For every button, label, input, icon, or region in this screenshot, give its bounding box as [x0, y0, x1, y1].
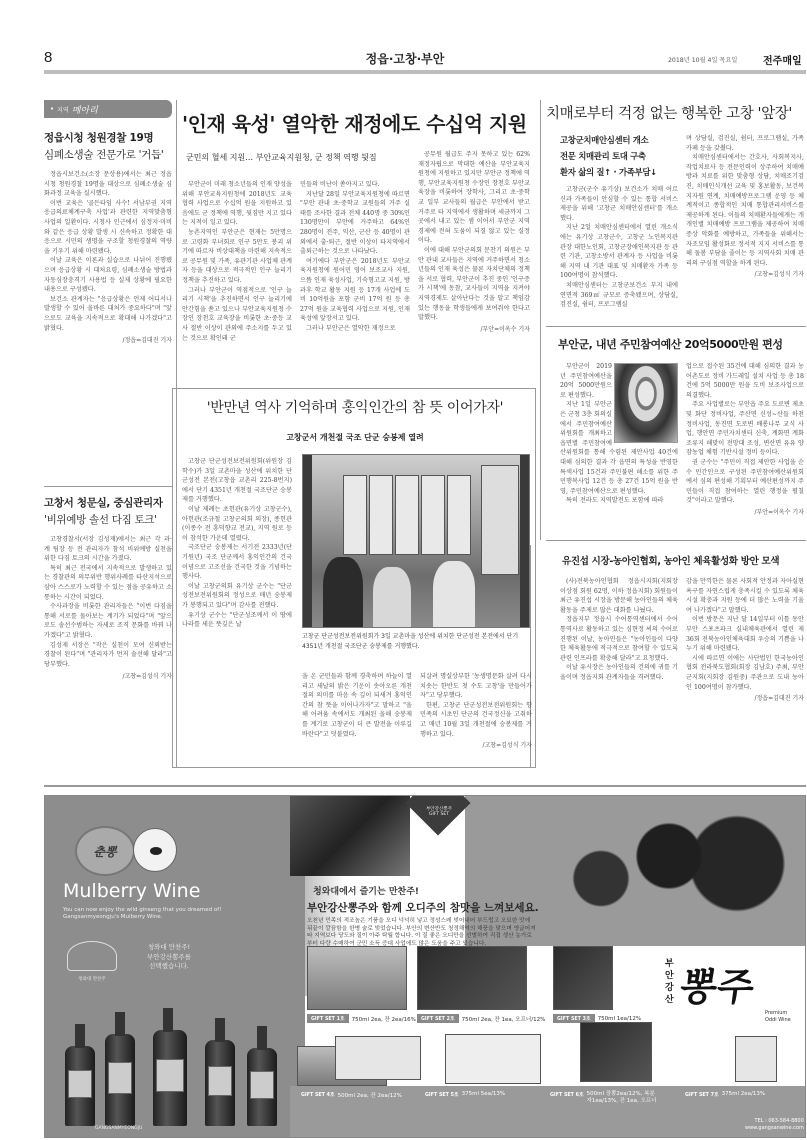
article-divider: [546, 540, 806, 541]
ad-tagline: You can now enjoy the wild ginseng that …: [63, 907, 221, 913]
gift-spec: 750ml 2ea, 잔 1ea, 오프너/12%: [462, 1015, 546, 1023]
bottle-group: [55, 996, 295, 1126]
gift-set-spec: GIFT SET 5호 375ml 5ea/13%: [425, 1091, 505, 1098]
gift-tag: GIFT SET 5호: [425, 1091, 459, 1098]
bottle: [247, 1048, 277, 1126]
gift-tag: GIFT SET 2호: [417, 1014, 459, 1023]
paragraph: (사)전북농아인협회 정읍시지회(지회장 이상점 회원 62명, 이하 정읍지회…: [560, 577, 678, 615]
photo-panel: [421, 475, 445, 555]
portrait-scroll: [481, 465, 519, 575]
column-tag-title: 메아리: [72, 103, 98, 116]
paragraph: 이에 대해 부안군의회 문찬기 의원은 부안 관내 교사들은 지역에 거주하면서…: [418, 246, 530, 323]
byline: /고창=김성식 기자: [686, 270, 804, 280]
gift-box: [417, 946, 527, 1010]
brand-calligraphy: 뽕주: [677, 956, 795, 1011]
paragraph: 치매안심센터에서는 간호사, 사회복지사, 작업치료사 등 전문인력이 상주하여…: [686, 153, 804, 268]
ceremony-photo: [302, 454, 530, 628]
mascot-icon: [133, 828, 177, 872]
bullet-icon: •: [50, 105, 54, 113]
paragraph: 을 온 군민들과 함께 경축하며 하늘이 열리고 새날의 밝은 기운이 솟아오른…: [302, 672, 412, 739]
bottle: [153, 1030, 187, 1126]
newspaper-name: 전주매일: [763, 52, 802, 67]
column-tag-prefix: 지역: [57, 105, 69, 114]
gift-set-spec: GIFT SET 6호 500ml 장뽕2ea/12%, 복분자1ea/13%,…: [550, 1091, 670, 1105]
subheadline: 환자 삶의 질↑ · 가족부담↓: [560, 164, 678, 180]
byline: /고창=김성식 기자: [420, 741, 532, 751]
column-tag: • 지역 메아리: [44, 100, 172, 118]
contact-website[interactable]: www.gangsanwine.com: [745, 1125, 804, 1132]
product-photo: [290, 796, 410, 876]
gift-set-spec: GIFT SET 1호 750ml 2ea, 잔 2ea/16%: [307, 1014, 416, 1023]
gift-spec: 750ml 1ea/12%: [598, 1016, 641, 1022]
article-subheadline: '비위예방 솔선 다짐 토크': [44, 512, 172, 529]
gift-box: [335, 1036, 421, 1080]
article-column: 공무원 월급도 주지 못하고 있는 62% 재정자립으로 막대한 예산을 부안교…: [418, 150, 530, 334]
article-body: 정읍시보건소(소장 문상용)에서는 최근 정읍시청 청원경찰 19명을 대상으로…: [44, 170, 172, 333]
gift-tag: GIFT SET 1호: [307, 1014, 349, 1023]
byline: /부안=이옥수 기자: [686, 508, 804, 518]
article-column: 되살려 명실상부한 '농생명문화 살려 다시 치솟는 한반도 첫 수도 고창'을…: [420, 672, 532, 751]
paragraph: 보건소 관계자는 "응급상황은 언제 어디서나 발생할 수 있어 올바른 대처가…: [44, 295, 172, 333]
header-rule: [44, 70, 806, 74]
byline: /정읍=김대진 기자: [686, 694, 804, 704]
article-headline: 정읍시청 청원경찰 19명: [44, 130, 172, 147]
paragraph: 정읍지부 정읍시 수어통역센터에서 수어통역사로 활동하고 있는 심현정 씨의 …: [560, 615, 678, 663]
column-divider: [540, 100, 541, 540]
byline: /부안=이옥수 기자: [418, 325, 530, 335]
article-headline: 고창서 청문실, 중심관리자: [44, 495, 172, 512]
gift-set-spec: GIFT SET 7호 375ml 2ea/13%: [685, 1091, 765, 1098]
photo-panel: [395, 475, 419, 555]
maker-label: GANGSANMYEONGJU: [95, 1126, 142, 1131]
gift-box: [553, 946, 613, 1010]
paragraph: 며 상담실, 검진실, 쉼터, 프로그램실, 가족카페 등을 갖췄다.: [686, 134, 804, 153]
paragraph: 치매안심센터는 고창군보건소 부지 내에 연면적 369㎡ 규모로 증축됐으며,…: [560, 281, 678, 310]
advertisement[interactable]: 부안강산뽕주 GIFT SET 춘뽕 Mulberry Wine You can…: [44, 795, 806, 1138]
ad-contact[interactable]: TEL : 063-584-8800 www.gangsanwine.com: [745, 1118, 804, 1132]
paragraph: 감을 만끽한은 물론 사회적 안정과 자아실현 욕구를 자연스럽게 충족시킬 수…: [686, 577, 804, 615]
bottle: [205, 1040, 235, 1126]
left-column: • 지역 메아리 정읍시청 청원경찰 19명 심폐소생술 전문가로 '거듭' 정…: [44, 100, 172, 344]
article-column: 부안군이 미래 청소년들의 인재 양성을 위해 부안교육지원청에 2018년도 …: [182, 180, 292, 343]
gift-box: [307, 946, 407, 1010]
main-headline: '인재 육성' 열악한 재정에도 수십억 지원: [182, 108, 534, 137]
ad-title: Mulberry Wine: [63, 880, 200, 902]
paragraph: 이번 교육은 '골든타임 사수! 서남부권 지역 응급의료체계구축 사업'과 관…: [44, 199, 172, 257]
article-headline: 부안군, 내년 주민참여예산 20억5000만원 편성: [558, 336, 804, 352]
paragraph: 그러나 부안군이 역점적으로 '인구 늘리기 시책'을 추진하면서 인구 늘리기…: [182, 286, 292, 344]
byline: /고창=김성식 기자: [44, 671, 172, 680]
paragraph: 고창군 단군성전보전위원회(위원장 김학수)가 3일 교촌마을 성산에 위치한 …: [182, 457, 292, 505]
article-column: 민들의 비난이 쏟아지고 있다. 지난달 28일 부안교육지원청에 따르면 "부…: [300, 180, 410, 334]
bottle: [105, 1034, 135, 1126]
article-divider: [44, 486, 172, 487]
photo-panel: [447, 475, 471, 555]
subheadline: 고창군치매안심센터 개소: [560, 132, 678, 148]
photo-caption: 고창군 단군성전보전위원회가 3일 교촌마을 성산에 위치한 단군성전 본전에서…: [302, 632, 530, 651]
ad-headline: 청와대에서 즐기는 만찬주!: [313, 884, 419, 897]
article-body: 고창경찰서(서장 김성재)에서는 최근 각 과·계 팀장 등 전 관리자가 참석…: [44, 535, 172, 669]
paragraph: 유기상 군수는 "단군성조께서 이 땅에 나라를 세운 뜻깊은 날: [182, 611, 292, 630]
paragraph: 지난달 28일 부안교육지원청에 따르면 "부안 관내 초·중학교 교원들의 거…: [300, 190, 410, 257]
ad-divider: [44, 785, 806, 787]
gift-spec: 500ml 2ea, 잔 2ea/12%: [338, 1091, 402, 1099]
paragraph: 되살려 명실상부한 '농생명문화 살려 다시 치솟는 한반도 첫 수도 고창'을…: [420, 672, 532, 701]
publication-date: 2018년 10월 4일 목요일: [668, 55, 737, 64]
paragraph: 이날 제례는 초헌관(유기상 고창군수), 아헌관(조규철 고창군의회 의장),…: [182, 505, 292, 543]
feature-subheadline: 고창군서 개천절 국조 단군 숭봉제 열려: [180, 432, 530, 443]
portrait-photo: [614, 363, 678, 443]
photo-panel: [369, 475, 393, 555]
ad-note: 청와대 만찬주! 부안강산뽕주를 선택했습니다.: [129, 943, 209, 972]
paragraph: 특히 전라도 지역발전도 포함에 따라: [560, 496, 678, 506]
paragraph: 지난 2일 치매안심센터에서 열린 개소식에는 유기상 고창군수, 고창군 노인…: [560, 223, 678, 281]
brand-logo: 춘뽕: [75, 826, 135, 876]
premium-label: Premium Oddi Wine: [765, 1010, 791, 1024]
blue-house-emblem-icon: [67, 941, 117, 971]
article-column: 고창군 단군성전보전위원회(위원장 김학수)가 3일 교촌마을 성산에 위치한 …: [182, 457, 292, 630]
article-column: 고창군(군수 유기상) 보건소가 치매 어르신과 가족들이 안심할 수 있는 통…: [560, 185, 678, 310]
gift-tag: GIFT SET 7호: [685, 1091, 719, 1098]
ad-headline: 부안강산뽕주와 함께 오디주의 참맛을 느껴보세요.: [307, 900, 539, 915]
ad-tagline: Gangsanmyeongju's Mulberry Wine.: [63, 914, 162, 920]
emblem-label: 청와대 만찬주: [67, 976, 117, 982]
feature-headline: '반만년 역사 기억하며 홍익인간의 참 뜻 이어가자': [180, 397, 530, 417]
gift-spec: 375ml 5ea/13%: [462, 1091, 505, 1097]
paragraph: 이날 고창군의회 유기상 군수는 "단군성전보전위원회의 정성으로 매년 숭봉제…: [182, 582, 292, 611]
article-column: 며 상담실, 검진실, 쉼터, 프로그램실, 가족카페 등을 갖췄다. 치매안심…: [686, 134, 804, 280]
gift-box: [580, 1022, 652, 1082]
paragraph: 민들의 비난이 쏟아지고 있다.: [300, 180, 410, 190]
article-subheadlines: 고창군치매안심센터 개소 전문 치매관리 토대 구축 환자 삶의 질↑ · 가족…: [560, 132, 678, 180]
paragraph: 농촌지역인 부안군은 현재는 5만명으로 고령화 부녀회로 인구 5만도 붕괴 …: [182, 228, 292, 286]
paragraph: 공무원 월급도 주지 못하고 있는 62% 재정자립으로 막대한 예산을 부안교…: [418, 150, 530, 246]
paragraph: 고창군(군수 유기상) 보건소가 치매 어르신과 가족들이 안심할 수 있는 통…: [560, 185, 678, 223]
gift-set-badge-text: 부안강산뽕주 GIFT SET: [417, 806, 461, 817]
main-subheadline: 군민의 혈세 지원… 부안교육지원청, 군 정책 역행 뒷짐: [186, 152, 377, 163]
page-number: 8: [44, 49, 52, 66]
person-figure: [373, 567, 411, 627]
gift-tag: GIFT SET 4호: [301, 1091, 335, 1098]
article-column: 을 온 군민들과 함께 경축하며 하늘이 열리고 새날의 밝은 기운이 솟아오른…: [302, 672, 412, 739]
gift-tag: GIFT SET 6호: [550, 1091, 584, 1098]
paragraph: 부안군이 미래 청소년들의 인재 양성을 위해 부안교육지원청에 2018년도 …: [182, 180, 292, 228]
paragraph: 시에 따르면 이에는 사단법인 한국농아인협회 전라북도협회(회장 김남호) 주…: [686, 654, 804, 692]
person-figure: [323, 557, 363, 627]
paragraph: 한편, 고창군 단군성전보전위원회는 향민족의 시초인 단군의 건국정신을 고취…: [420, 701, 532, 739]
article-headline: 유진섭 시장-농아인협회, 농아인 체육활성화 방안 모색: [562, 553, 802, 567]
paragraph: 업으로 접수된 35건에 대해 심의한 결과 농어촌도로 정비 가드레일 설치 …: [686, 362, 804, 400]
bottle: [65, 1046, 95, 1126]
gift-spec: 750ml 2ea, 잔 2ea/16%: [352, 1015, 416, 1023]
paragraph: 국조단군 숭봉제는 서기전 2333년(단기원년) 국조 단군께서 홍익인간의 …: [182, 543, 292, 581]
article-column: 업으로 접수된 35건에 대해 심의한 결과 농어촌도로 정비 가드레일 설치 …: [686, 362, 804, 518]
paragraph: 김성재 서장은 "작은 실천이 모여 신뢰받는 경찰이 된다"며 "관리자가 먼…: [44, 641, 172, 670]
article-column: 감을 만끽한은 물론 사회적 안정과 자아실현 욕구를 자연스럽게 충족시킬 수…: [686, 577, 804, 704]
byline: /정읍=김대진 기자: [44, 335, 172, 344]
paragraph: 그러나 부안군은 열악한 재정으로: [300, 324, 410, 334]
article-headline: 치매로부터 걱정 없는 행복한 고창 '앞장': [546, 102, 804, 123]
paragraph: 고창경찰서(서장 김성재)에서는 최근 각 과·계 팀장 등 전 관리자가 참석…: [44, 535, 172, 564]
ad-description: 오천년 민족의 적조높은 기품을 오디 넉넉히 넣고 정성스레 빚어내어 부드럽…: [307, 918, 537, 948]
section-title: 정읍·고창·부안: [340, 50, 470, 67]
paragraph: 권 군수는 "주민이 직접 제안한 사업을 순수 민간인으로 구성된 주민참여예…: [686, 458, 804, 506]
paragraph: 정읍시보건소(소장 문상용)에서는 최근 정읍시청 청원경찰 19명을 대상으로…: [44, 170, 172, 199]
article-subheadline: 심폐소생술 전문가로 '거듭': [44, 147, 172, 164]
paragraph: 이번 방문은 지난 달 14일부터 이틀 동안 부안 스포츠파크 실내체육관에서…: [686, 615, 804, 653]
photo-panel: [343, 475, 367, 555]
paragraph: 여기에다 부안군은 2018년도 부안교육지원청에 원어민 영어 보조교사 지원…: [300, 257, 410, 324]
gift-box: [735, 1036, 777, 1082]
brand-vertical: 부안강산: [665, 958, 677, 1006]
contact-phone: TEL : 063-584-8800: [745, 1118, 804, 1125]
subheadline: 전문 치매관리 토대 구축: [560, 148, 678, 164]
person-figure: [433, 561, 475, 627]
gift-box: [445, 1034, 541, 1084]
paragraph: 특히 최근 전국에서 지속적으로 발생하고 있는 경찰관의 의무위반 행위사례를…: [44, 564, 172, 602]
gift-spec: 500ml 장뽕2ea/12%, 복분자1ea/13%, 잔 1ea, 오프너: [587, 1091, 657, 1105]
article-column: (사)전북농아인협회 정읍시지회(지회장 이상점 회원 62명, 이하 정읍지회…: [560, 577, 678, 683]
gift-spec: 375ml 2ea/13%: [722, 1091, 765, 1097]
paragraph: 주요 사업별로는 부안읍 주요 도로변 제초 및 화단 정비사업, 주산면 신성…: [686, 400, 804, 458]
gift-set-spec: GIFT SET 4호 500ml 2ea, 잔 2ea/12%: [301, 1091, 402, 1099]
gift-set-spec: GIFT SET 2호 750ml 2ea, 잔 1ea, 오프너/12%: [417, 1014, 545, 1023]
left-article-2: 고창서 청문실, 중심관리자 '비위예방 솔선 다짐 토크' 고창경찰서(서장 …: [44, 495, 172, 680]
paragraph: 이날 교육은 이론과 실습으로 나뉘어 진행됐으며 응급상황 시 대처요령, 심…: [44, 256, 172, 294]
article-divider: [546, 326, 806, 327]
paragraph: 이날 유시장은 농아인들의 건의에 귀를 기울이며 정읍지회 관계자들을 격려했…: [560, 663, 678, 682]
paragraph: 수사과장을 비롯한 관리자들은 "이번 다짐을 통해 서로를 돌아보는 계기가 …: [44, 602, 172, 640]
